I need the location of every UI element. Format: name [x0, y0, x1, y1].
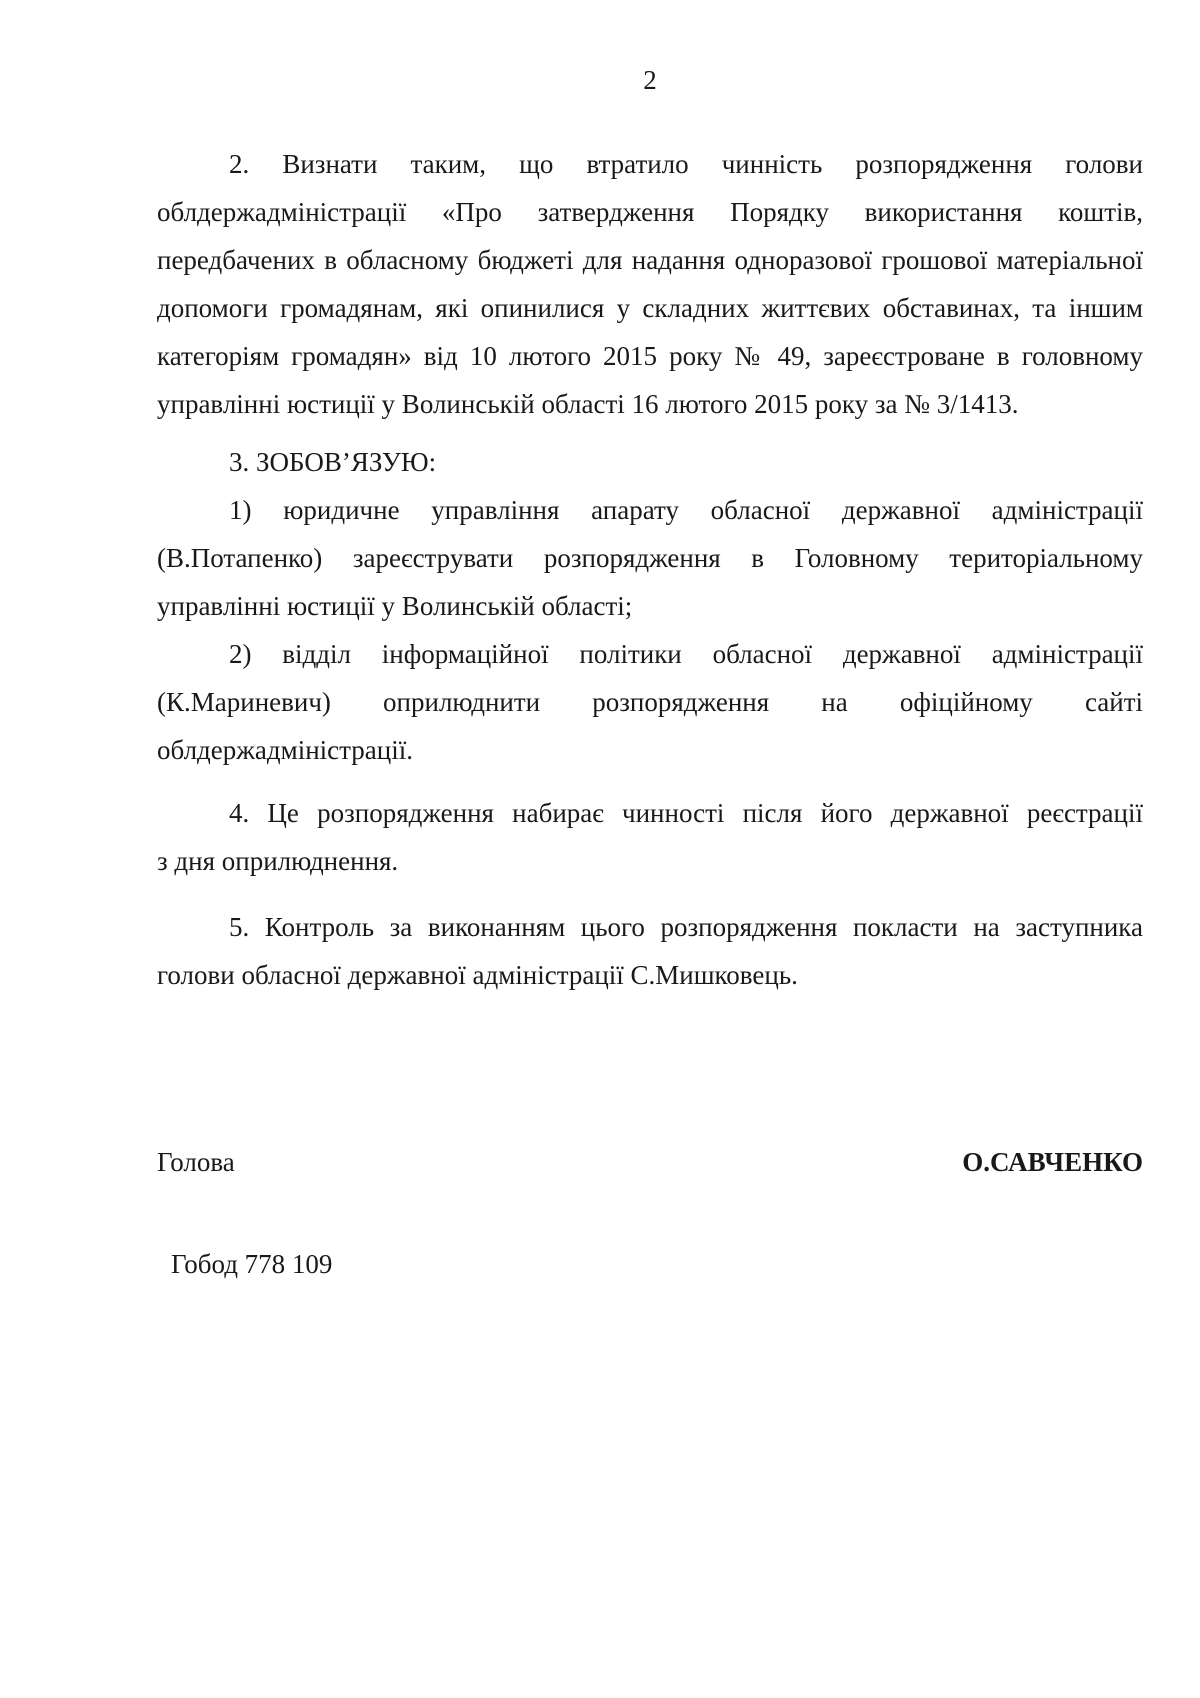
paragraph-subitem-2: 2) відділ інформаційної політики обласно…: [157, 630, 1143, 774]
paragraph-line: категоріям громадян» від 10 лютого 2015 …: [157, 332, 1143, 380]
paragraph-line: 3. ЗОБОВ’ЯЗУЮ:: [157, 438, 1143, 486]
document-page: 2 2. Визнати таким, що втратило чинність…: [0, 0, 1200, 1698]
paragraph-line: передбачених в обласному бюджеті для над…: [157, 236, 1143, 284]
paragraph-line: 1) юридичне управління апарату обласної …: [157, 486, 1143, 534]
paragraph-line: голови обласної державної адміністрації …: [157, 951, 1143, 999]
paragraph-line: управлінні юстиції у Волинській області;: [157, 582, 1143, 630]
paragraph-line: 2. Визнати таким, що втратило чинність р…: [157, 140, 1143, 188]
paragraph-line: 4. Це розпорядження набирає чинності піс…: [157, 789, 1143, 837]
executor-reference: Гобод 778 109: [171, 1240, 1143, 1288]
paragraph-line: допомоги громадянам, які опинилися у скл…: [157, 284, 1143, 332]
paragraph-line: 5. Контроль за виконанням цього розпоряд…: [157, 903, 1143, 951]
paragraph-line: управлінні юстиції у Волинській області …: [157, 380, 1143, 428]
signature-name: О.САВЧЕНКО: [962, 1138, 1143, 1186]
page-number: 2: [157, 64, 1143, 96]
paragraph-item-3-heading: 3. ЗОБОВ’ЯЗУЮ:: [157, 438, 1143, 486]
signature-role: Голова: [157, 1138, 235, 1186]
paragraph-item-4: 4. Це розпорядження набирає чинності піс…: [157, 789, 1143, 885]
paragraph-item-5: 5. Контроль за виконанням цього розпоряд…: [157, 903, 1143, 999]
paragraph-line: 2) відділ інформаційної політики обласно…: [157, 630, 1143, 678]
signature-row: Голова О.САВЧЕНКО: [157, 1138, 1143, 1186]
paragraph-line: з дня оприлюднення.: [157, 837, 1143, 885]
document-body: 2. Визнати таким, що втратило чинність р…: [157, 140, 1143, 1288]
paragraph-line: (К.Мариневич) оприлюднити розпорядження …: [157, 678, 1143, 726]
paragraph-item-2: 2. Визнати таким, що втратило чинність р…: [157, 140, 1143, 428]
paragraph-line: (В.Потапенко) зареєструвати розпорядженн…: [157, 534, 1143, 582]
paragraph-subitem-1: 1) юридичне управління апарату обласної …: [157, 486, 1143, 630]
paragraph-line: облдержадміністрації.: [157, 726, 1143, 774]
paragraph-line: облдержадміністрації «Про затвердження П…: [157, 188, 1143, 236]
